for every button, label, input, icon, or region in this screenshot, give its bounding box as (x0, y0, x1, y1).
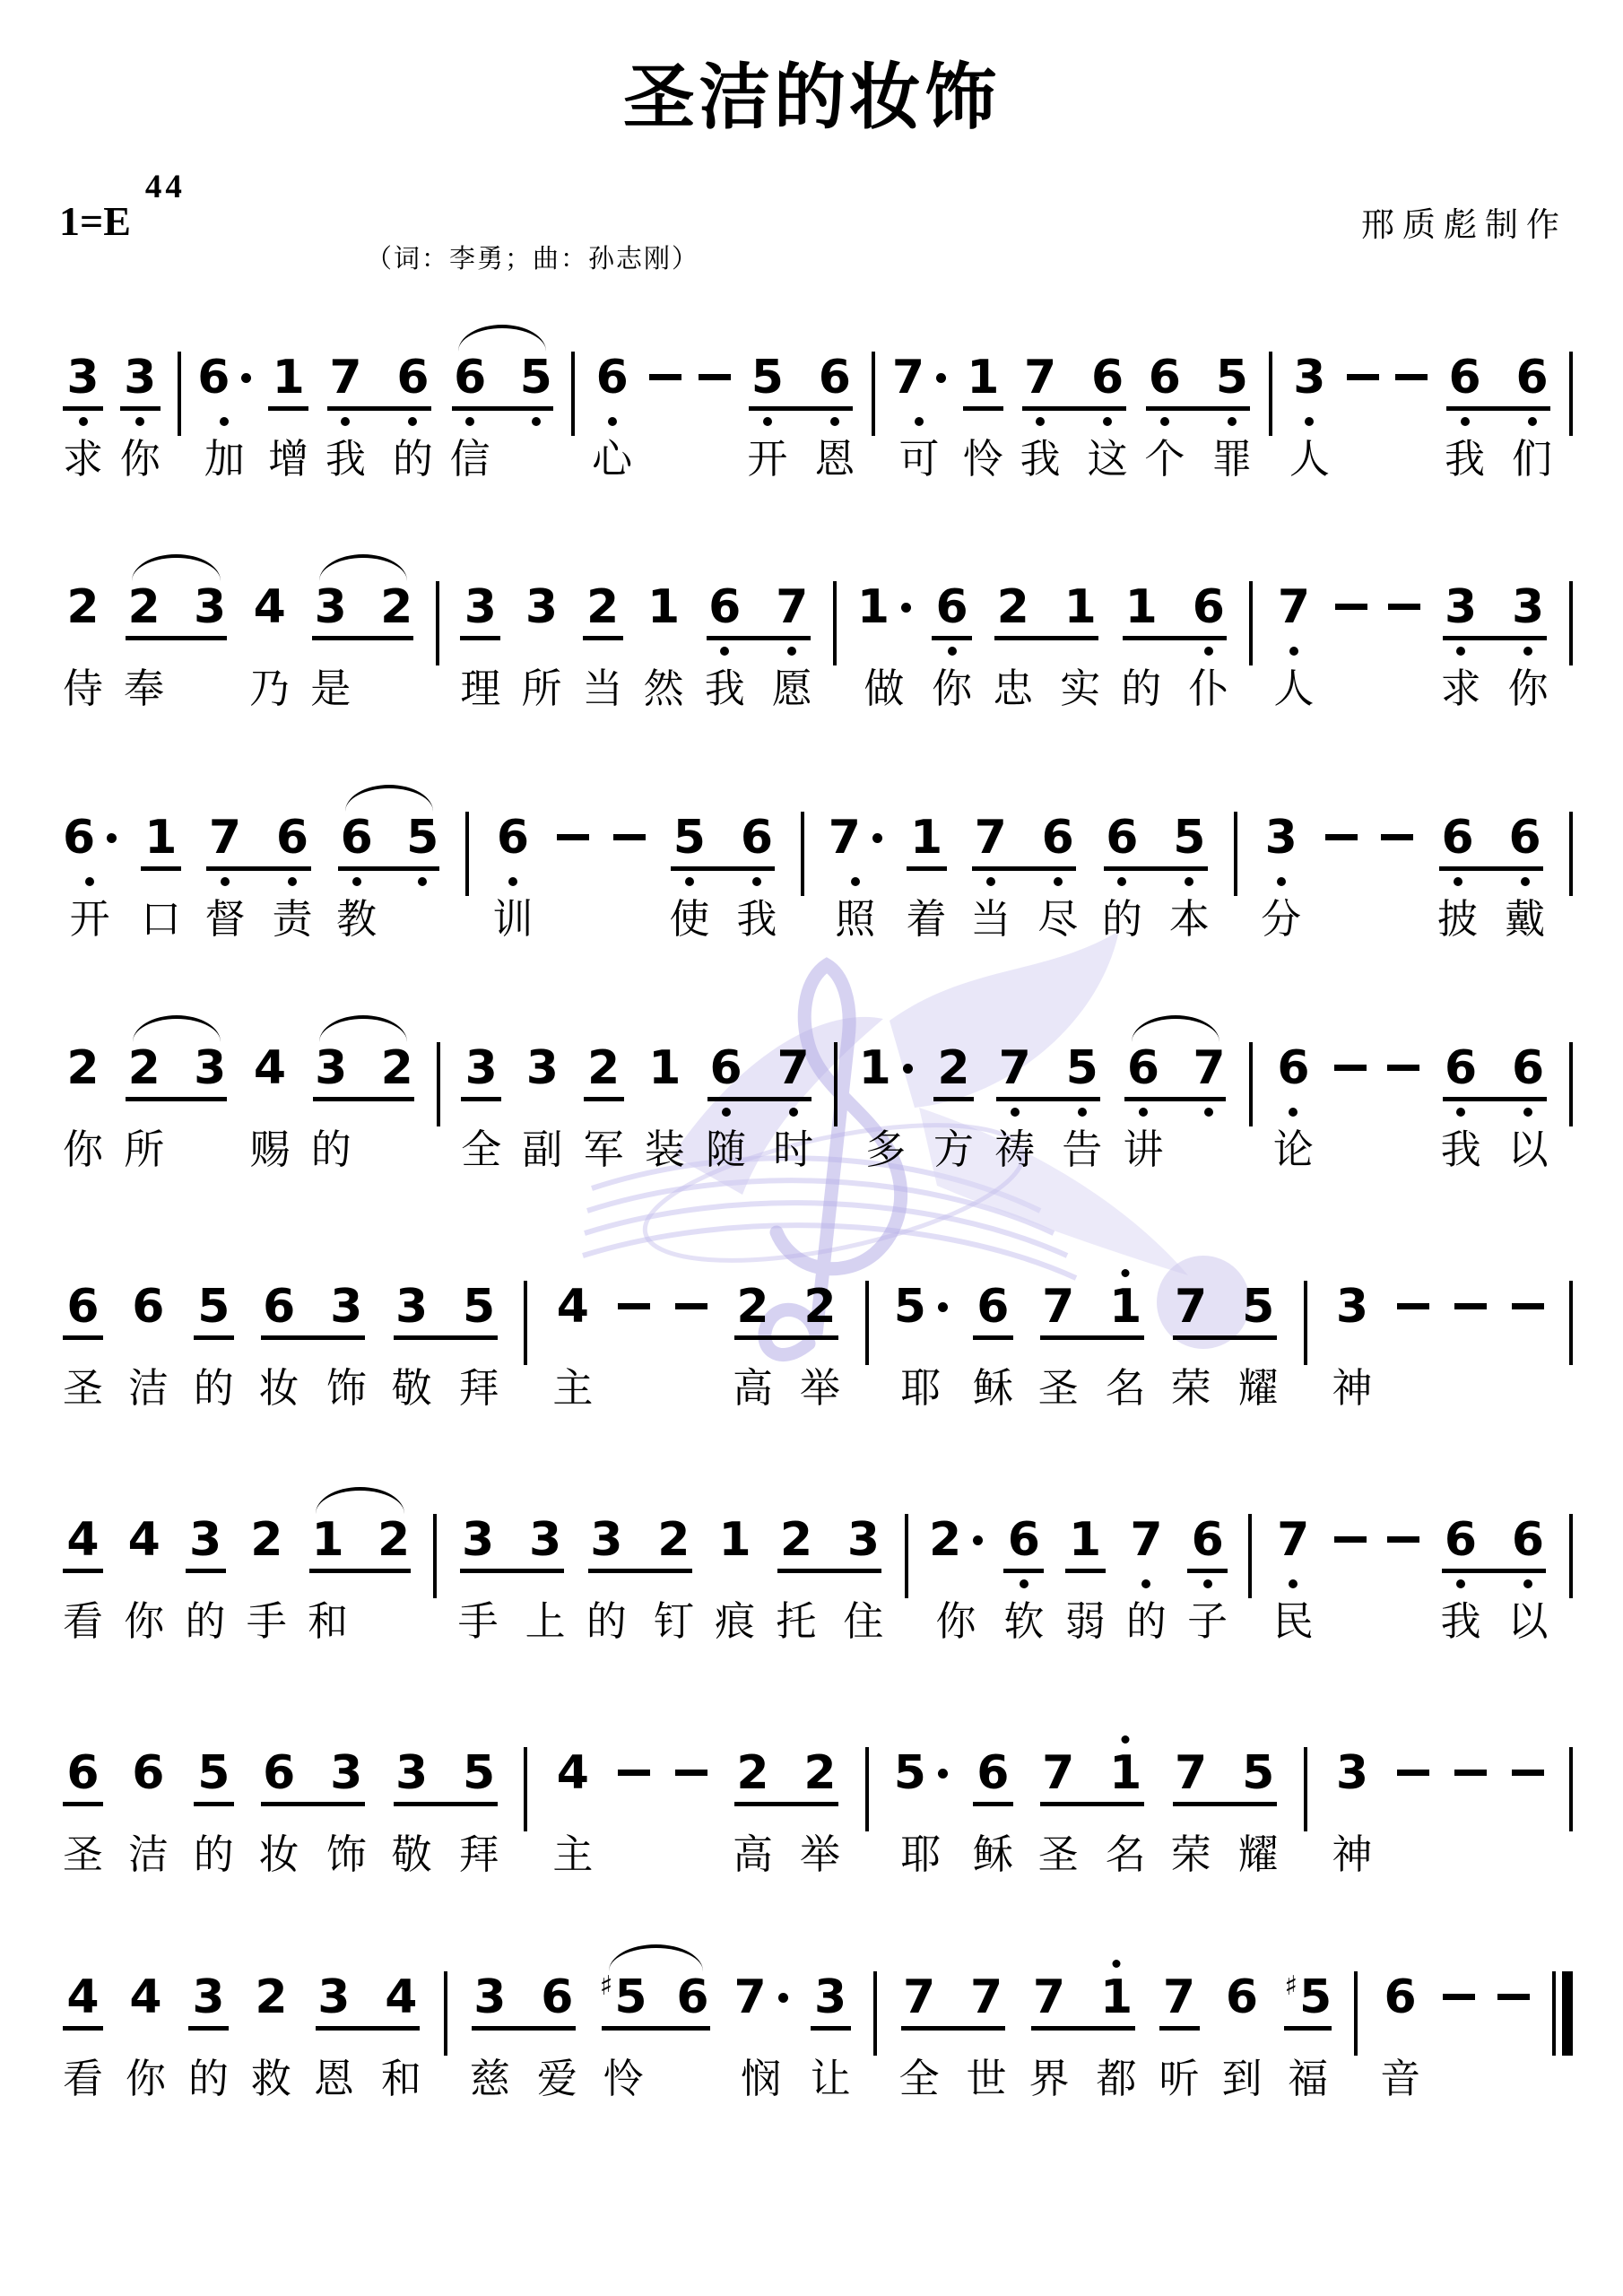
note-digit: 2 (736, 1281, 768, 1333)
beam-line (309, 1569, 411, 1573)
note: 7愿 (772, 581, 812, 710)
barline (444, 1971, 447, 2056)
note-digit: 1 (857, 581, 890, 633)
duration-dot (936, 373, 946, 383)
eighth-underline (251, 2026, 291, 2031)
note-digit: 6 (1512, 1042, 1544, 1094)
beam-line (707, 636, 811, 640)
note: 5 (404, 812, 441, 941)
dash-line (1387, 1536, 1419, 1543)
lyric: 赐 (249, 1128, 290, 1171)
eighth-underline (63, 1097, 103, 1101)
note: 6 (674, 1971, 712, 2100)
note: 6我 (1445, 352, 1485, 481)
note: 4主 (552, 1281, 593, 1410)
barline (1569, 1281, 1573, 1365)
octave-dot-low (922, 877, 931, 886)
eighth-underline (1065, 1569, 1106, 1573)
dash-line (613, 834, 646, 840)
octave-dot-low (915, 2037, 924, 2046)
note: 6随 (706, 1042, 746, 1171)
note-digit: 1 (1109, 1747, 1141, 1799)
note-digit-row: 7 (903, 1971, 935, 2023)
barline (1304, 1281, 1307, 1365)
octave-dot-low (143, 1346, 152, 1355)
lyric: 圣 (63, 1367, 103, 1410)
beam-group: 7荣5耀 (1171, 1747, 1279, 1876)
lyric: 可 (898, 438, 939, 481)
octave-dot-low (265, 647, 274, 656)
note-digit: 6 (1192, 1514, 1224, 1566)
beam-line (472, 2026, 576, 2031)
beam-group: 5使6我 (669, 812, 777, 941)
eighth-underline (63, 2026, 103, 2031)
note: 5拜 (459, 1747, 499, 1876)
note: 6到 (1221, 1971, 1262, 2100)
note-digit-row: 3 (330, 1747, 362, 1799)
beam-line (671, 866, 775, 871)
note: 5耶 (894, 1747, 948, 1876)
note-digit-row: 6 (1445, 1042, 1477, 1094)
note-digit: 6 (1127, 1042, 1159, 1094)
note-digit: 4 (254, 581, 286, 633)
barline (833, 581, 837, 665)
octave-dot-low (1305, 417, 1314, 426)
octave-dot-low (685, 877, 694, 886)
octave-dot-low (608, 417, 617, 426)
beam-line (1443, 636, 1547, 640)
beam-group: 6讲7 (1123, 1042, 1228, 1171)
note: 2钉 (654, 1514, 694, 1643)
lyric: 训 (492, 898, 533, 941)
note: 6信 (450, 352, 490, 481)
eighth-underline (461, 1097, 501, 1101)
note: 3恩 (314, 1971, 354, 2100)
note-digit: 1 (967, 352, 999, 404)
lyric: 忠 (993, 667, 1033, 710)
beam-group: 3是2 (310, 581, 415, 710)
octave-dot-low (619, 2037, 628, 2046)
duration-dot (973, 1535, 983, 1545)
producer-credit: 邢质彪制作 (1361, 197, 1567, 246)
barline (1249, 581, 1253, 665)
note-digit-row: 3 (315, 581, 347, 633)
octave-dot-low (341, 417, 350, 426)
eighth-underline (973, 1335, 1013, 1340)
note-digit: 7 (1130, 1514, 1162, 1566)
note: 6这 (1088, 352, 1128, 481)
note-digit-row: 2 (255, 1971, 287, 2023)
note: 3手 (458, 1514, 499, 1643)
note: 3 (191, 1042, 229, 1171)
note-digit: 6 (1226, 1971, 1258, 2023)
octave-dot-low (485, 2037, 494, 2046)
note-digit: 3 (194, 1042, 226, 1094)
note-digit-row: 7 (1175, 1281, 1207, 1333)
octave-dot-low (79, 1579, 88, 1588)
dash-line (1454, 1303, 1487, 1309)
lyric: 你 (932, 667, 972, 710)
note-digit: 2 (736, 1747, 768, 1799)
octave-dot-low (1277, 877, 1286, 886)
music-line: 3求3你6加1增7我6的6信56心5开6恩7可1怜7我6这6个5罪3人6我6们 (63, 326, 1573, 481)
lyric: 怜 (603, 2057, 644, 2100)
octave-dot-low (274, 1346, 283, 1355)
lyric: 副 (522, 1128, 562, 1171)
lyric: 军 (584, 1128, 624, 1171)
octave-dot-low (220, 417, 229, 426)
beam-line (707, 1097, 811, 1101)
lyric: 稣 (973, 1367, 1013, 1410)
eighth-underline (1273, 636, 1314, 640)
note: 2高 (733, 1281, 773, 1410)
dash-line (649, 374, 681, 380)
lyric: 你 (1508, 667, 1549, 710)
octave-dot-low (978, 417, 987, 426)
note-digit-row: 4 (557, 1281, 589, 1333)
octave-dot-low (1160, 417, 1169, 426)
lyric: 督 (204, 898, 245, 941)
lyric: 的 (586, 1600, 627, 1643)
beam-group: 7祷5告 (994, 1042, 1102, 1171)
lyric: 荣 (1171, 1367, 1211, 1410)
lyric: 你 (124, 1600, 164, 1643)
note-digit-row: 2 (128, 1042, 161, 1094)
lyric: 增 (268, 438, 308, 481)
lyric: 全 (461, 1128, 501, 1171)
eighth-underline (1261, 866, 1301, 871)
lyric: 奉 (124, 667, 164, 710)
eighth-underline (128, 1802, 169, 1806)
barline (1354, 1971, 1358, 2056)
lyric: 软 (1003, 1600, 1044, 1643)
beam-group: 3的2 (311, 1042, 416, 1171)
octave-dot-low (659, 647, 668, 656)
beam-line (126, 636, 227, 640)
eighth-underline (128, 1335, 169, 1340)
lyric: 界 (1029, 2057, 1070, 2100)
lyric: 论 (1273, 1128, 1314, 1171)
note: 1做 (857, 581, 911, 710)
note-digit: 1 (859, 1042, 891, 1094)
octave-dot-low (79, 417, 88, 426)
beam-group: 6我6以 (1440, 1514, 1548, 1643)
lyric: 怜 (963, 438, 1003, 481)
note-digit-row: 3 (529, 1514, 561, 1566)
lyric: 开 (70, 898, 110, 941)
beam-line (316, 2026, 420, 2031)
note-digit: 1 (144, 812, 177, 864)
music-line: 6圣6洁5的6妆3饰3敬5拜4主2高2举5耶6稣7圣1名7荣5耀3神 (63, 1722, 1573, 1876)
octave-dot-low (477, 1108, 486, 1117)
note-digit: 3 (66, 352, 99, 404)
octave-dot-low (140, 647, 149, 656)
note-digit-row: 5 (894, 1747, 948, 1799)
note: 7听 (1159, 1971, 1200, 2100)
dash-line (618, 1303, 650, 1309)
dash-line (1443, 1994, 1475, 2000)
note: 6稣 (973, 1747, 1013, 1876)
note: 2侍 (63, 581, 103, 710)
note-digit: 6 (276, 812, 308, 864)
dash-line (1397, 1303, 1429, 1309)
beam-group: 7圣1名 (1038, 1747, 1146, 1876)
beam-line (313, 1097, 414, 1101)
octave-dot-low (266, 2037, 275, 2046)
lyric: 洁 (128, 1367, 169, 1410)
barline (1304, 1747, 1307, 1831)
lyric: 拜 (459, 1367, 499, 1410)
octave-dot-low (141, 2037, 150, 2046)
note: 6恩 (814, 352, 855, 481)
note: 3住 (843, 1514, 883, 1643)
note: 2救 (251, 1971, 291, 2100)
note-digit-row: 7 (777, 1042, 810, 1094)
octave-dot-low (204, 2037, 213, 2046)
note-digit-row: 6 (63, 812, 117, 864)
octave-dot-low (79, 1108, 88, 1117)
lyric: 妆 (259, 1833, 299, 1876)
note-digit-row: 3 (1512, 581, 1544, 633)
note-digit: 2 (587, 1042, 620, 1094)
note-digit: 6 (676, 1971, 708, 2023)
note: 1弱 (1065, 1514, 1106, 1643)
note: 2方 (933, 1042, 974, 1171)
beam-line (588, 1569, 692, 1573)
barline (524, 1747, 527, 1831)
octave-dot-low (851, 877, 860, 886)
duration-dot (938, 1302, 948, 1312)
beam-group: 7我6的 (325, 352, 433, 481)
eighth-underline (1380, 2026, 1420, 2031)
note-digit: 4 (129, 1971, 161, 2023)
note-digit: 7 (329, 352, 361, 404)
dash-line (1497, 1994, 1530, 2000)
note-digit-row: 4 (254, 581, 286, 633)
note-digit: 6 (1384, 1971, 1416, 2023)
note-digit: 1 (1069, 1514, 1101, 1566)
credits: （词：李勇；曲：孙志刚） (366, 239, 699, 275)
note-digit-row: 3 (124, 352, 156, 404)
beam-group: 6我7愿 (705, 581, 812, 710)
lyric: 的 (311, 1128, 352, 1171)
octave-dot-low (324, 1579, 333, 1588)
note-digit-row: 1 (311, 1514, 343, 1566)
barline (1569, 1747, 1573, 1831)
note-digit-row: 1 (1069, 1514, 1101, 1566)
lyric: 主 (552, 1833, 593, 1876)
note-digit: 5 (614, 1971, 647, 2023)
eighth-underline (124, 1569, 164, 1573)
beam-group: 3慈6爱 (470, 1971, 577, 2100)
note-digit: 6 (454, 352, 486, 404)
barline (873, 1971, 877, 2056)
beam-line (452, 406, 553, 411)
note-digit-row: 7 (329, 352, 361, 404)
note: ♯5福 (1284, 1971, 1332, 2100)
lyric: 全 (899, 2057, 940, 2100)
note: 1的 (1121, 581, 1161, 710)
note-digit-row: 5 (406, 812, 438, 864)
note-digit: 7 (1277, 1514, 1309, 1566)
lyric: 仆 (1188, 667, 1228, 710)
note-digit-row: 3 (317, 1971, 350, 2023)
note-digit-row: 7 (1042, 1281, 1074, 1333)
octave-dot-low (1045, 2037, 1054, 2046)
octave-dot-low (79, 1813, 88, 1822)
lyric: 多 (865, 1128, 906, 1171)
octave-dot-low (326, 1108, 335, 1117)
beam-group: 5开6恩 (747, 352, 855, 481)
octave-dot-low (1036, 417, 1045, 426)
octave-dot-low (1020, 1579, 1028, 1588)
note-digit: 4 (557, 1747, 589, 1799)
octave-dot-low (262, 1579, 271, 1588)
note-digit-row: 5 (197, 1281, 230, 1333)
beam-line (1173, 1335, 1277, 1340)
lyric: 妆 (259, 1367, 299, 1410)
note-digit-row: 2 (929, 1514, 983, 1566)
note-digit: 7 (1175, 1281, 1207, 1333)
beam-line (261, 1335, 365, 1340)
note: 6音 (1380, 1971, 1420, 2100)
octave-dot-low (342, 1813, 351, 1822)
note: 6以 (1508, 1042, 1549, 1171)
note-digit: 2 (255, 1971, 287, 2023)
note-digit-row: 6 (66, 1747, 99, 1799)
key-signature: 1=E 4 4 (59, 169, 182, 242)
eighth-underline (460, 636, 500, 640)
note-digit: 4 (254, 1042, 286, 1094)
time-signature: 4 4 (145, 169, 182, 206)
note: 2高 (733, 1747, 773, 1876)
barline (1234, 812, 1237, 896)
note: 3饰 (326, 1747, 367, 1876)
note-digit: 3 (464, 581, 497, 633)
note-digit-row: 5 (1066, 1042, 1098, 1094)
note-digit: 6 (1091, 352, 1124, 404)
beam-group: 1的6仆 (1121, 581, 1228, 710)
octave-dot-low (1186, 1346, 1195, 1355)
beam-group: 6我6们 (1445, 352, 1552, 481)
note-digit-row: 6 (1509, 812, 1541, 864)
note: 4乃 (249, 581, 290, 710)
beam-group: 2奉3 (124, 581, 229, 710)
note: 3的 (186, 1514, 226, 1643)
note-digit-row: 4 (66, 1971, 99, 2023)
note-digit: 1 (719, 1514, 751, 1566)
note: 7世 (967, 1971, 1007, 2100)
note-digit: 1 (311, 1514, 343, 1566)
beam-line (327, 406, 431, 411)
note-digit: 3 (124, 352, 156, 404)
note-digit: 5 (1299, 1971, 1332, 2023)
lyric: 告 (1062, 1128, 1102, 1171)
note-digit: 6 (63, 812, 95, 864)
note-digit: 6 (396, 352, 429, 404)
beam-group: 3敬5拜 (392, 1281, 499, 1410)
note-digit-row: 3 (395, 1281, 428, 1333)
octave-dot-low (1141, 1579, 1150, 1588)
note-digit-row: 2 (780, 1514, 812, 1566)
beam-line (460, 1569, 564, 1573)
music-line: 4看4你3的2救3恩4和3慈6爱♯5怜67悯3让7全7世7界1都7听6到♯5福6… (63, 1946, 1573, 2100)
eighth-underline (894, 1802, 948, 1806)
lyric: 所 (124, 1128, 164, 1171)
note-digit-row: 1 (719, 1514, 751, 1566)
octave-dot-low (221, 877, 230, 886)
note-digit: 7 (1042, 1281, 1074, 1333)
octave-dot-low (205, 647, 214, 656)
final-barline (1552, 1971, 1573, 2056)
octave-dot-low (329, 2037, 338, 2046)
eighth-underline (1273, 1097, 1314, 1101)
note-digit-row: 4 (128, 1514, 161, 1566)
note-digit-row: 2 (803, 1747, 836, 1799)
barline (865, 1747, 869, 1831)
eighth-underline (1126, 1569, 1167, 1573)
octave-dot-low (951, 1579, 960, 1588)
dash-line (1512, 1770, 1544, 1776)
lyric: 托 (776, 1600, 816, 1643)
note-digit-row: 7 (1278, 581, 1310, 633)
lyric: 我 (1441, 1128, 1481, 1171)
octave-dot-low (602, 1579, 611, 1588)
note-digit-row: 5 (1216, 352, 1248, 404)
note: 2当 (583, 581, 623, 710)
note-digit-row: 3 (590, 1514, 622, 1566)
note: 6心 (592, 352, 632, 481)
note: 7荣 (1171, 1281, 1211, 1410)
note: 3人 (1289, 352, 1330, 481)
note-digit: 3 (1445, 581, 1477, 633)
octave-dot-low (568, 1346, 577, 1355)
note: 4你 (124, 1514, 164, 1643)
octave-dot-low (541, 1579, 550, 1588)
note-digit-row: 2 (937, 1042, 969, 1094)
lyric: 救 (251, 2057, 291, 2100)
lyric: 你 (936, 1600, 976, 1643)
note-digit: 3 (194, 581, 226, 633)
note-digit-row: 6 (276, 812, 308, 864)
octave-dot-low (1204, 647, 1213, 656)
note-digit: 1 (1109, 1281, 1141, 1333)
note-digit: 3 (192, 1971, 224, 2023)
lyric: 披 (1437, 898, 1478, 941)
octave-dot-low (752, 877, 761, 886)
note-digit: 4 (66, 1514, 99, 1566)
beam-line (1124, 1097, 1226, 1101)
note-digit-row: 6 (263, 1747, 295, 1799)
octave-dot-low (669, 1579, 678, 1588)
eighth-underline (1003, 1569, 1044, 1573)
note: 1增 (268, 352, 308, 481)
dash-line (1387, 1065, 1419, 1071)
lyric: 圣 (1038, 1833, 1079, 1876)
note-digit-row: 3 (1336, 1747, 1368, 1799)
note-digit-row: 7 (975, 812, 1007, 864)
lyric: 听 (1159, 2057, 1200, 2100)
eighth-underline (63, 1802, 103, 1806)
octave-dot-high (1122, 1735, 1130, 1744)
note: 7 (1190, 1042, 1228, 1171)
note: 6教 (336, 812, 377, 941)
octave-dot-low (763, 417, 772, 426)
lyric: 举 (800, 1833, 840, 1876)
lyric: 以 (1508, 1128, 1549, 1171)
note-digit: 2 (378, 1514, 410, 1566)
note-digit: 3 (1293, 352, 1325, 404)
